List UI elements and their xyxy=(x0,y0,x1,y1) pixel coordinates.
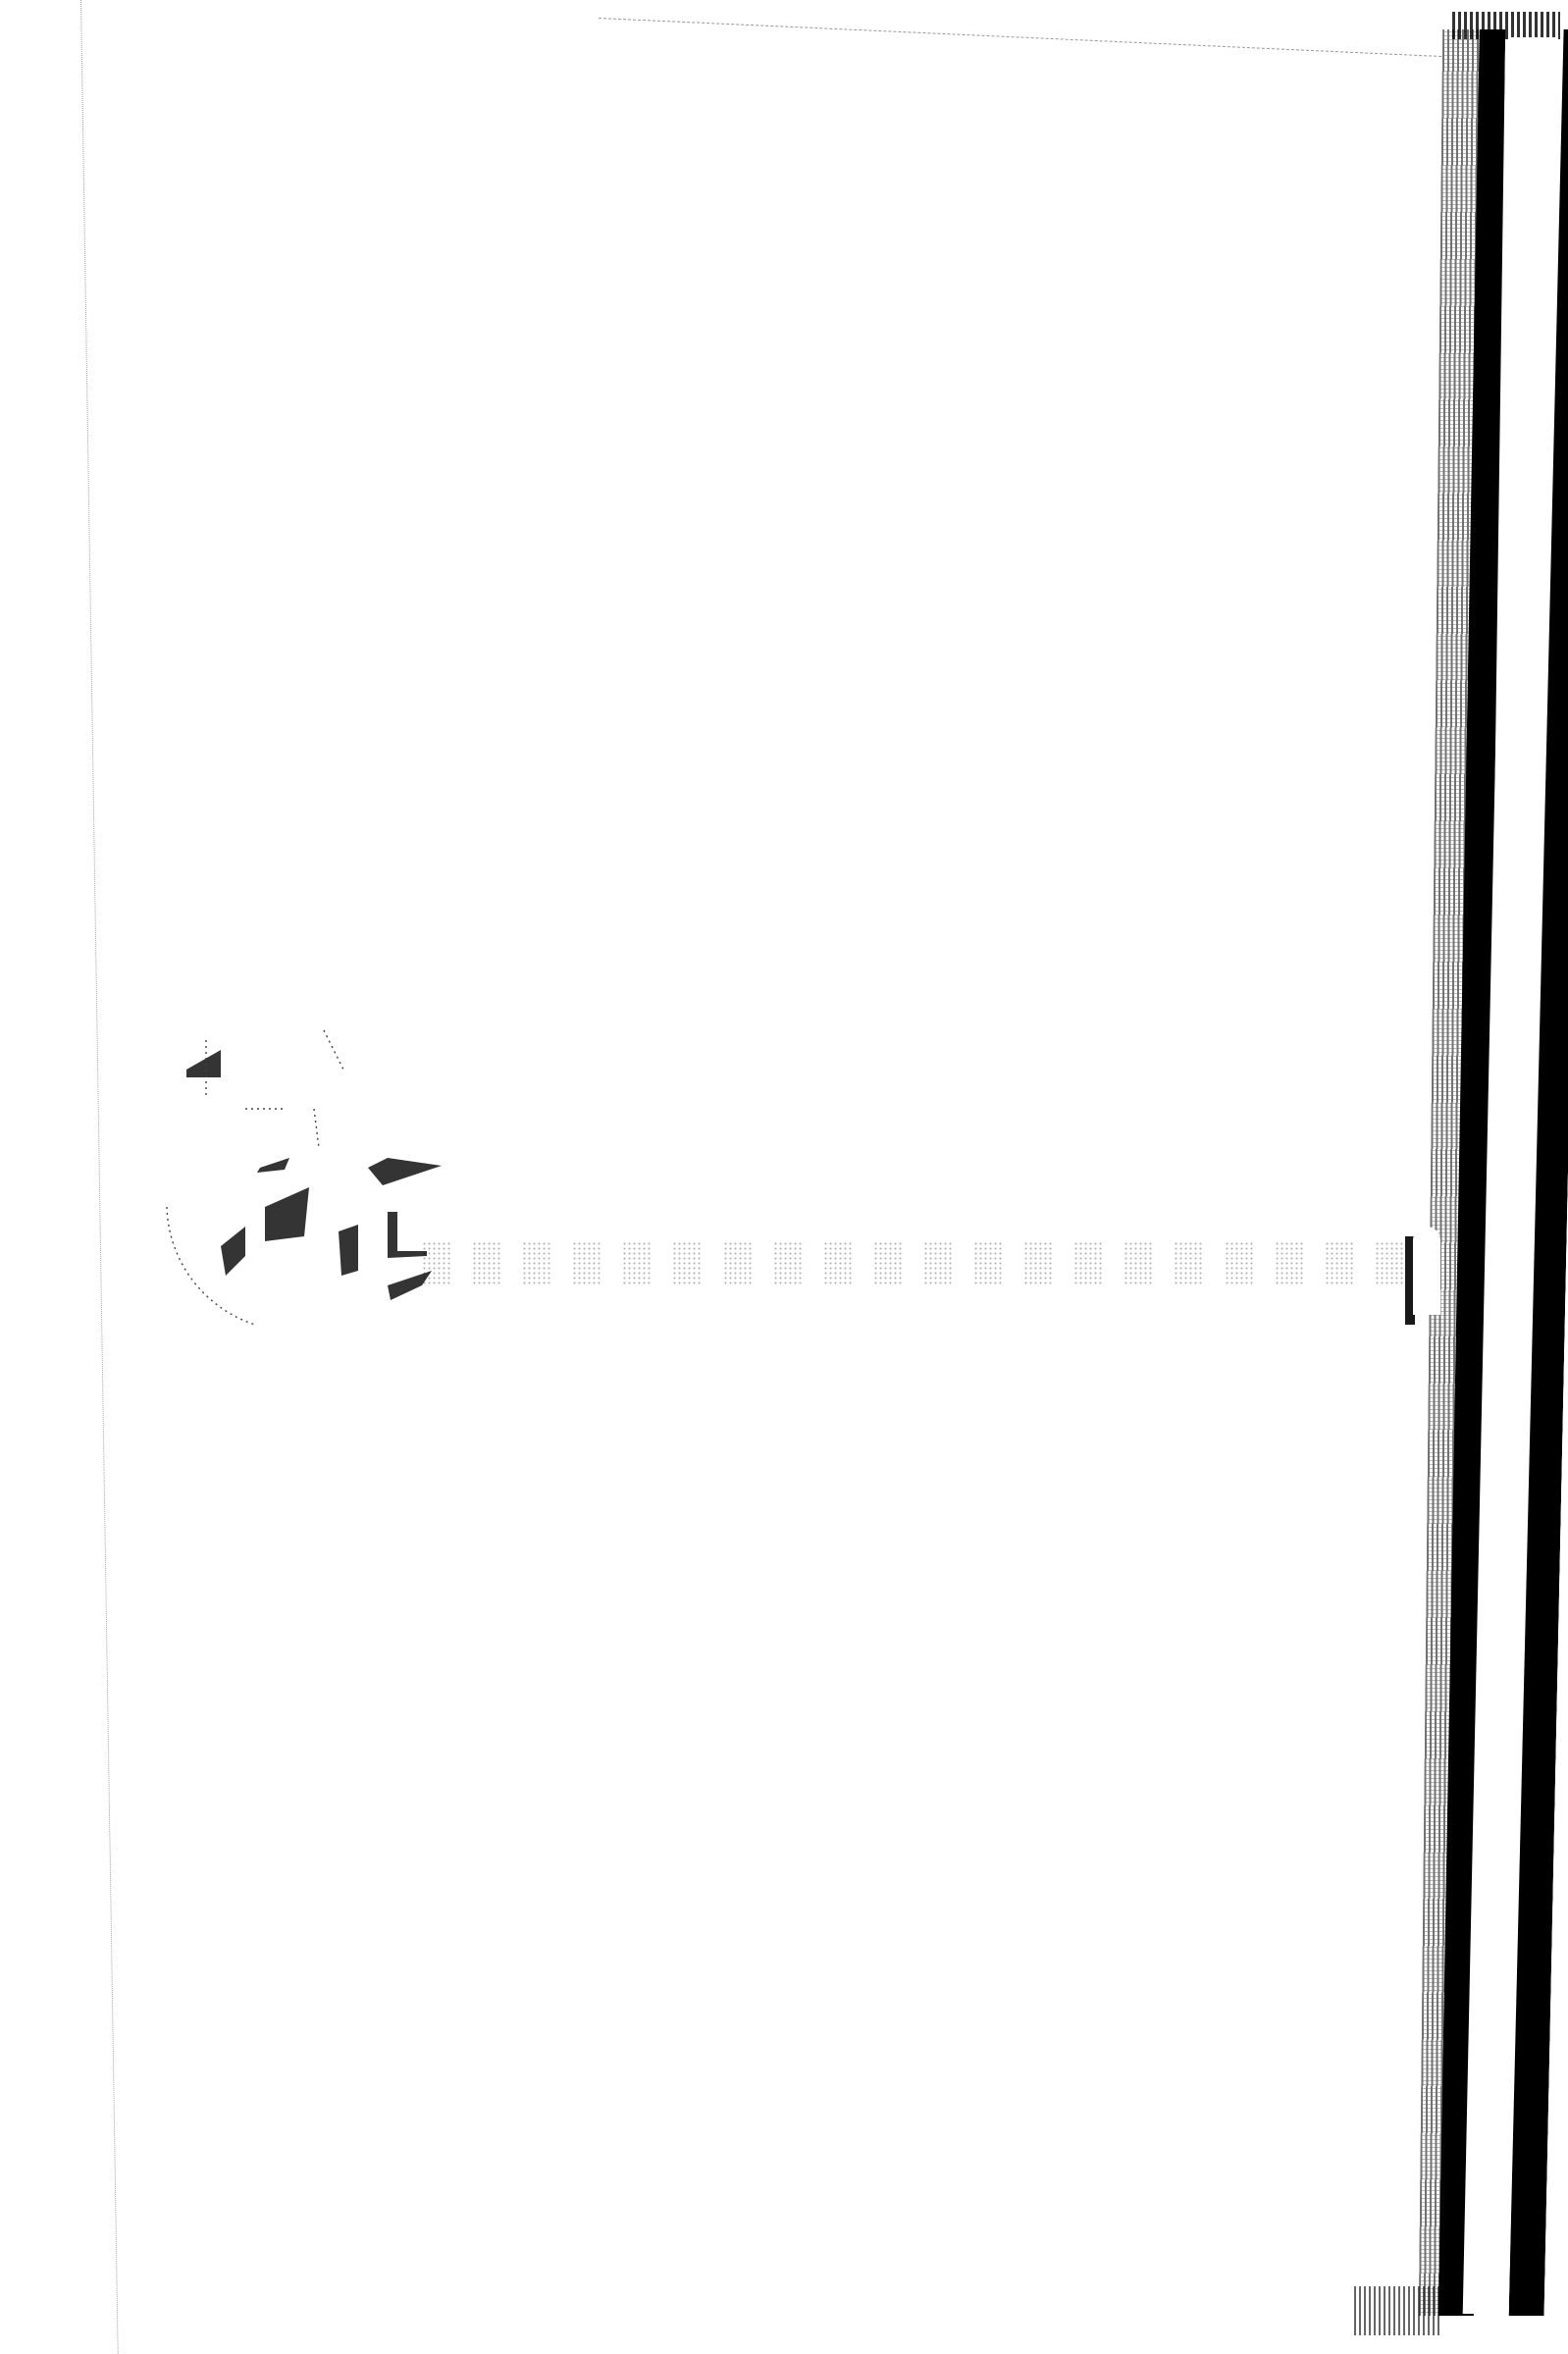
ghost-glyph xyxy=(1174,1241,1202,1284)
ghost-glyph xyxy=(1225,1241,1253,1284)
binding-notch xyxy=(1413,1227,1440,1315)
seal-icon xyxy=(147,1011,442,1334)
scanned-page xyxy=(0,0,1568,2354)
ghost-glyph xyxy=(572,1241,601,1284)
ghost-glyph xyxy=(672,1241,701,1284)
ghost-glyph xyxy=(873,1241,902,1284)
ghost-glyph xyxy=(472,1241,500,1284)
ghost-glyph xyxy=(1023,1241,1052,1284)
ghost-glyph xyxy=(422,1241,450,1284)
ghost-glyph xyxy=(773,1241,802,1284)
ghost-glyph xyxy=(1275,1241,1303,1284)
ghost-glyph xyxy=(1124,1241,1152,1284)
ghost-glyph xyxy=(823,1241,852,1284)
ghost-glyph xyxy=(973,1241,1002,1284)
page-top-edge xyxy=(599,18,1441,57)
page-left-edge xyxy=(80,0,119,2354)
binding-shadow-bottom xyxy=(1354,2286,1442,2335)
faded-seal-stamp xyxy=(147,1011,442,1334)
ghost-glyph xyxy=(522,1241,550,1284)
ghost-glyph xyxy=(923,1241,952,1284)
ghost-glyph xyxy=(723,1241,752,1284)
illegible-title-line xyxy=(422,1238,1403,1287)
ghost-glyph xyxy=(1073,1241,1102,1284)
ghost-glyph xyxy=(1325,1241,1353,1284)
ghost-glyph xyxy=(1375,1241,1403,1284)
ghost-glyph xyxy=(622,1241,651,1284)
